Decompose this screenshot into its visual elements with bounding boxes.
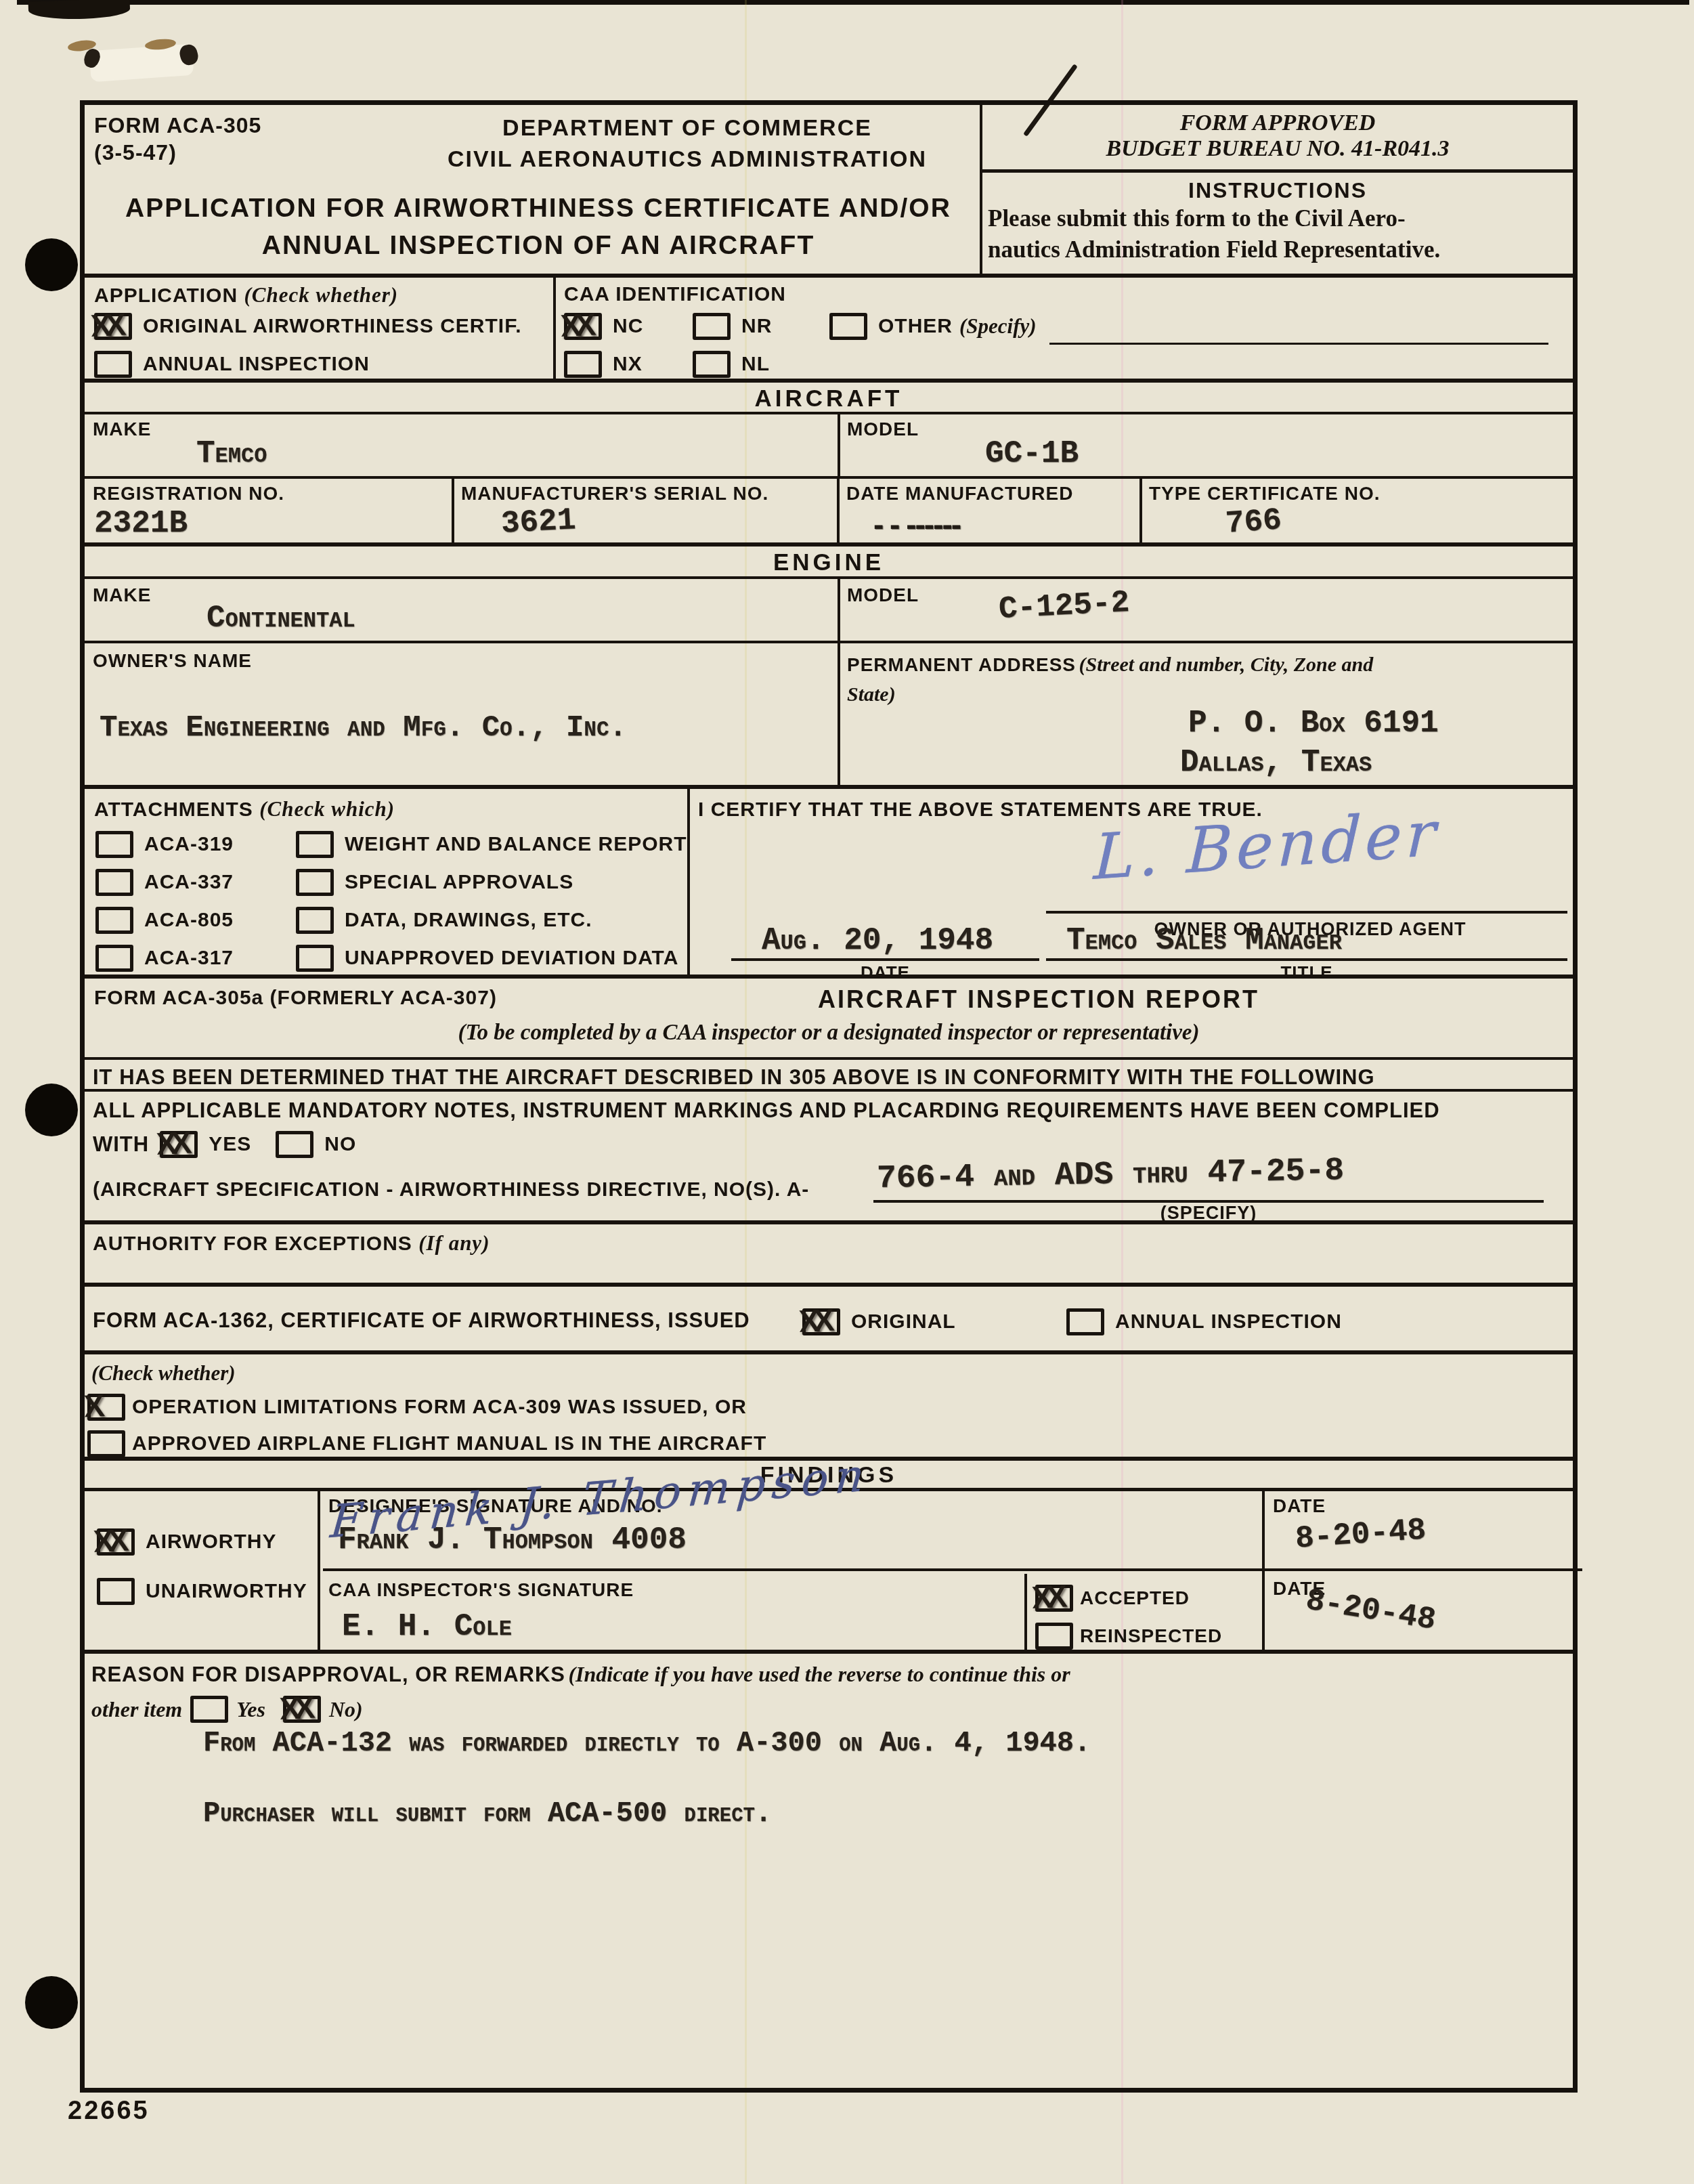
registration-value: 2321B [94, 506, 188, 541]
divider [553, 278, 556, 379]
owner-name-value: Texas Engineering and Mfg. Co., Inc. [100, 711, 627, 745]
checkbox-data-drawings[interactable] [296, 907, 334, 934]
checkbox-other[interactable] [829, 313, 867, 340]
instructions-title: INSTRUCTIONS [982, 178, 1573, 203]
ink-smudge [28, 0, 131, 21]
tape-patch [89, 44, 194, 82]
engine-section-band: ENGINE [85, 547, 1573, 579]
aircraft-make-label: MAKE [93, 419, 151, 440]
authority-label-text: AUTHORITY FOR EXCEPTIONS [93, 1233, 412, 1255]
address-label-italic2: State) [847, 683, 896, 706]
checkbox-compliance-yes[interactable]: XX [160, 1131, 198, 1158]
aircraft-model-value: GC-1B [985, 436, 1079, 471]
attachment-option: DATA, DRAWINGS, ETC. [296, 907, 592, 934]
option-label: ORIGINAL [851, 1310, 956, 1333]
option-label: ANNUAL INSPECTION [143, 353, 370, 376]
determination-band: IT HAS BEEN DETERMINED THAT THE AIRCRAFT… [85, 1060, 1573, 1092]
attachment-option: SPECIAL APPROVALS [296, 869, 573, 896]
form-title-line1: APPLICATION FOR AIRWORTHINESS CERTIFICAT… [98, 190, 978, 228]
instructions-line1: Please submit this form to the Civil Aer… [988, 203, 1573, 234]
instructions-body: Please submit this form to the Civil Aer… [988, 203, 1573, 265]
caa-identification-label: CAA IDENTIFICATION [564, 283, 786, 306]
option-nx: NX [564, 351, 643, 378]
date-manufactured-label: DATE MANUFACTURED [846, 483, 1073, 505]
aircraft-make-value: Temco [196, 436, 267, 471]
inspector-label: CAA INSPECTOR'S SIGNATURE [328, 1579, 634, 1601]
option-annual-inspection: ANNUAL INSPECTION [94, 351, 370, 378]
option-airworthy: XX AIRWORTHY [97, 1528, 276, 1556]
compliance-with-label: WITH [93, 1132, 149, 1157]
designee-signature-cell: DESIGNEE'S SIGNATURE AND NO. Frank J. Th… [323, 1491, 1262, 1571]
engine-make-label: MAKE [93, 584, 151, 606]
checkbox-operation-limitations[interactable]: X [87, 1394, 125, 1421]
option-nc: XX NC [564, 313, 643, 340]
checkbox-annual-inspection[interactable] [94, 351, 132, 378]
checkbox-nr[interactable] [693, 313, 731, 340]
aca-1362-label: FORM ACA-1362, CERTIFICATE OF AIRWORTHIN… [93, 1308, 750, 1333]
remarks-label-line1: REASON FOR DISAPPROVAL, OR REMARKS (Indi… [91, 1662, 1070, 1687]
attachments-label-italic: (Check which) [259, 797, 395, 821]
checkbox-issued-annual[interactable] [1066, 1308, 1104, 1335]
attachment-option: ACA-337 [95, 869, 234, 896]
date-label: DATE [1273, 1495, 1326, 1517]
option-label: ACCEPTED [1080, 1587, 1190, 1609]
engine-make-value: Continental [207, 601, 355, 636]
checkbox-aca-805[interactable] [95, 907, 133, 934]
address-label-italic1: (Street and number, City, Zone and [1079, 654, 1373, 676]
department-heading: DEPARTMENT OF COMMERCE CIVIL AERONAUTICS… [403, 113, 972, 175]
divider [837, 479, 840, 542]
checkbox-airworthy[interactable]: XX [97, 1528, 135, 1556]
option-nr: NR [693, 313, 772, 340]
application-label-italic: (Check whether) [244, 283, 398, 307]
engine-section-title: ENGINE [85, 547, 1573, 576]
attachments-label: ATTACHMENTS (Check which) [94, 797, 395, 821]
instructions-box: INSTRUCTIONS Please submit this form to … [982, 178, 1573, 265]
option-label: ACA-317 [144, 947, 234, 970]
serial-label: MANUFACTURER'S SERIAL NO. [461, 483, 768, 505]
attachment-option: UNAPPROVED DEVIATION DATA [296, 945, 678, 972]
spec-value: 766-4 and ADS thru 47-25-8 [877, 1153, 1345, 1197]
option-label: NL [741, 353, 770, 376]
engine-model-value: C-125-2 [998, 585, 1131, 627]
option-issued-annual: ANNUAL INSPECTION [1066, 1308, 1342, 1335]
checkbox-nl[interactable] [693, 351, 731, 378]
option-label: SPECIAL APPROVALS [345, 871, 573, 894]
punch-hole [25, 1084, 78, 1136]
scanned-form-page: FORM ACA-305 (3-5-47) DEPARTMENT OF COMM… [0, 0, 1694, 2184]
checkbox-compliance-no[interactable] [276, 1131, 313, 1158]
option-label: UNAIRWORTHY [146, 1580, 307, 1603]
checkbox-reinspected[interactable] [1035, 1623, 1073, 1650]
aircraft-model-label: MODEL [847, 419, 919, 440]
form-approved-line2: BUDGET BUREAU NO. 41-R041.3 [982, 136, 1573, 162]
remarks-yes-label: Yes [236, 1697, 265, 1722]
owner-address-line1: P. O. Box 6191 [1188, 706, 1439, 741]
findings-table: XX AIRWORTHY UNAIRWORTHY DESIGNEE'S SIGN… [85, 1491, 1573, 1654]
attachment-option: ACA-805 [95, 907, 234, 934]
date-line [731, 958, 1039, 961]
checkbox-aca-319[interactable] [95, 831, 133, 858]
inspector-date-value: 8-20-48 [1303, 1583, 1438, 1638]
authority-label-italic: (If any) [418, 1231, 490, 1255]
form-number: FORM ACA-305 (3-5-47) [94, 112, 261, 166]
checkbox-aca-337[interactable] [95, 869, 133, 896]
remarks-area: REASON FOR DISAPPROVAL, OR REMARKS (Indi… [85, 1654, 1573, 2088]
designee-date-cell: DATE 8-20-48 [1265, 1491, 1582, 1571]
check-whether-cell: (Check whether) X OPERATION LIMITATIONS … [85, 1354, 1573, 1461]
divider [1139, 479, 1142, 542]
divider [452, 479, 454, 542]
department-line2: CIVIL AERONAUTICS ADMINISTRATION [403, 144, 972, 175]
option-label: DATA, DRAWINGS, ETC. [345, 909, 592, 932]
option-original-airworthiness: XX ORIGINAL AIRWORTHINESS CERTIF. [94, 313, 521, 340]
form-number-line1: FORM ACA-305 [94, 112, 261, 139]
yes-label: YES [209, 1133, 251, 1156]
option-label-italic: (Specify) [959, 314, 1037, 339]
registration-label: REGISTRATION NO. [93, 483, 284, 505]
form-title: APPLICATION FOR AIRWORTHINESS CERTIFICAT… [98, 190, 978, 264]
serial-value: 3621 [500, 502, 577, 542]
option-label: ACA-805 [144, 909, 234, 932]
remarks-typed-line1: From ACA-132 was forwarded directly to A… [203, 1727, 1091, 1759]
application-label-text: APPLICATION [94, 284, 238, 307]
budget-approval-box: FORM APPROVED BUDGET BUREAU NO. 41-R041.… [982, 105, 1573, 173]
attachment-option: WEIGHT AND BALANCE REPORT [296, 831, 687, 858]
form-approved-line1: FORM APPROVED [982, 110, 1573, 136]
remarks-label-line2: other item Yes XX No) [91, 1696, 363, 1723]
divider [838, 579, 840, 641]
punch-hole [25, 1976, 78, 2029]
option-unairworthy: UNAIRWORTHY [97, 1578, 307, 1605]
option-label: ACA-337 [144, 871, 234, 894]
checkbox-special-approvals[interactable] [296, 869, 334, 896]
aircraft-section-band: AIRCRAFT [85, 383, 1573, 414]
spec-caption: (SPECIFY) [873, 1203, 1544, 1224]
owner-name-label: OWNER'S NAME [93, 650, 252, 672]
no-label: NO [324, 1133, 356, 1156]
option-reinspected: REINSPECTED [1035, 1623, 1222, 1650]
engine-make-model-row: MAKE Continental MODEL C-125-2 [85, 579, 1573, 643]
engine-model-label: MODEL [847, 584, 919, 606]
header-row: FORM ACA-305 (3-5-47) DEPARTMENT OF COMM… [85, 105, 1573, 278]
spec-label: (AIRCRAFT SPECIFICATION - AIRWORTHINESS … [93, 1178, 809, 1201]
attachment-option: ACA-317 [95, 945, 234, 972]
owner-address-line2: Dallas, Texas [1180, 745, 1372, 780]
compliance-cell: ALL APPLICABLE MANDATORY NOTES, INSTRUME… [85, 1092, 1573, 1224]
option-label: OTHER [878, 315, 953, 338]
option-label: WEIGHT AND BALANCE REPORT [345, 833, 687, 856]
option-label: OPERATION LIMITATIONS FORM ACA-309 WAS I… [132, 1396, 747, 1419]
checkbox-unairworthy[interactable] [97, 1578, 135, 1605]
remarks-no-label: No) [329, 1697, 363, 1722]
attachments-label-text: ATTACHMENTS [94, 798, 253, 821]
permanent-address-label: PERMANENT ADDRESS (Street and number, Ci… [847, 650, 1373, 709]
checkbox-original-airworthiness[interactable]: XX [94, 313, 132, 340]
form-title-line2: ANNUAL INSPECTION OF AN AIRCRAFT [98, 228, 978, 265]
option-label: NC [613, 315, 643, 338]
checkbox-nx[interactable] [564, 351, 602, 378]
inspector-date-cell: DATE 8-20-48 [1265, 1574, 1582, 1654]
remarks-label-text: REASON FOR DISAPPROVAL, OR REMARKS [91, 1663, 565, 1686]
findings-verdict-cell: XX AIRWORTHY UNAIRWORTHY [85, 1491, 320, 1654]
instructions-line2: nautics Administration Field Representat… [988, 234, 1573, 265]
form-number-line2: (3-5-47) [94, 139, 261, 166]
compliance-line1: ALL APPLICABLE MANDATORY NOTES, INSTRUME… [93, 1098, 1440, 1123]
inspector-signature-cell: CAA INSPECTOR'S SIGNATURE E. H. Cole [323, 1574, 1027, 1654]
aca-1362-cell: FORM ACA-1362, CERTIFICATE OF AIRWORTHIN… [85, 1287, 1573, 1354]
option-flight-manual: APPROVED AIRPLANE FLIGHT MANUAL IS IN TH… [87, 1430, 766, 1457]
option-operation-limitations: X OPERATION LIMITATIONS FORM ACA-309 WAS… [87, 1394, 747, 1421]
remarks-typed-line2: Purchaser will submit form ACA-500 direc… [203, 1797, 772, 1830]
checkbox-aca-317[interactable] [95, 945, 133, 972]
option-label: NX [613, 353, 643, 376]
determination-text: IT HAS BEEN DETERMINED THAT THE AIRCRAFT… [93, 1065, 1375, 1090]
authority-label: AUTHORITY FOR EXCEPTIONS (If any) [93, 1231, 490, 1256]
attachment-option: ACA-319 [95, 831, 234, 858]
archive-stamp-number: 22665 [68, 2097, 150, 2126]
checkbox-remarks-yes[interactable] [190, 1696, 228, 1723]
application-row: APPLICATION (Check whether) XX ORIGINAL … [85, 278, 1573, 383]
checkbox-issued-original[interactable]: XX [802, 1308, 840, 1335]
remarks-label-italic1: (Indicate if you have used the reverse t… [568, 1662, 1070, 1686]
checkbox-remarks-no[interactable]: XX [283, 1696, 321, 1723]
signature-line [1046, 911, 1567, 914]
aircraft-section-title: AIRCRAFT [85, 383, 1573, 412]
option-label: APPROVED AIRPLANE FLIGHT MANUAL IS IN TH… [132, 1432, 766, 1455]
form-border: FORM ACA-305 (3-5-47) DEPARTMENT OF COMM… [80, 100, 1578, 2093]
inspection-report-subtitle: (To be completed by a CAA inspector or a… [85, 1021, 1573, 1046]
checkbox-nc[interactable]: XX [564, 313, 602, 340]
aca-305a-label: FORM ACA-305a (FORMERLY ACA-307) [94, 987, 497, 1010]
title-line [1046, 958, 1567, 961]
check-whether-label: (Check whether) [91, 1361, 236, 1386]
application-label: APPLICATION (Check whether) [94, 283, 398, 307]
punch-hole [25, 238, 78, 291]
option-label: ACA-319 [144, 833, 234, 856]
authority-cell: AUTHORITY FOR EXCEPTIONS (If any) [85, 1224, 1573, 1287]
option-label: AIRWORTHY [146, 1530, 276, 1554]
divider [838, 414, 840, 476]
department-line1: DEPARTMENT OF COMMERCE [403, 113, 972, 144]
compliance-yes-no: WITH XX YES NO [93, 1131, 356, 1158]
checkbox-unapproved-deviation[interactable] [296, 945, 334, 972]
divider [687, 789, 690, 975]
option-other: OTHER (Specify) [829, 313, 1037, 340]
designee-date-value: 8-20-48 [1294, 1512, 1427, 1556]
attachments-certification-row: ATTACHMENTS (Check which) ACA-319 WEIGHT… [85, 789, 1573, 979]
aircraft-make-model-row: MAKE Temco MODEL GC-1B [85, 414, 1573, 479]
option-accepted: XX ACCEPTED [1035, 1585, 1190, 1612]
option-label: REINSPECTED [1080, 1625, 1222, 1647]
remarks-label-italic2: other item [91, 1697, 182, 1722]
option-nl: NL [693, 351, 770, 378]
address-label-text: PERMANENT ADDRESS [847, 654, 1076, 675]
certification-date-value: Aug. 20, 1948 [762, 923, 993, 958]
owner-row: OWNER'S NAME Texas Engineering and Mfg. … [85, 643, 1573, 789]
checkbox-weight-balance[interactable] [296, 831, 334, 858]
divider [838, 643, 840, 785]
option-issued-original: XX ORIGINAL [802, 1308, 956, 1335]
option-label: ORIGINAL AIRWORTHINESS CERTIF. [143, 315, 521, 338]
other-specify-blank [1049, 343, 1548, 345]
type-certificate-value: 766 [1224, 502, 1282, 542]
checkbox-accepted[interactable]: XX [1035, 1585, 1073, 1612]
option-label: UNAPPROVED DEVIATION DATA [345, 947, 678, 970]
option-label: NR [741, 315, 772, 338]
accepted-cell: XX ACCEPTED REINSPECTED [1030, 1574, 1262, 1654]
scan-edge-strip [17, 0, 1689, 5]
checkbox-flight-manual[interactable] [87, 1430, 125, 1457]
inspector-name: E. H. Cole [342, 1609, 512, 1644]
option-label: ANNUAL INSPECTION [1115, 1310, 1342, 1333]
certification-title-value: Temco Sales Manager [1066, 923, 1342, 958]
date-column: DATE 8-20-48 DATE 8-20-48 [1262, 1491, 1582, 1654]
inspection-report-title: AIRCRAFT INSPECTION REPORT [504, 985, 1573, 1014]
date-manufactured-value: - - ------ [873, 506, 960, 542]
type-certificate-label: TYPE CERTIFICATE NO. [1149, 483, 1381, 505]
inspection-report-band: FORM ACA-305a (FORMERLY ACA-307) AIRCRAF… [85, 979, 1573, 1060]
aircraft-registration-row: REGISTRATION NO. 2321B MANUFACTURER'S SE… [85, 479, 1573, 547]
